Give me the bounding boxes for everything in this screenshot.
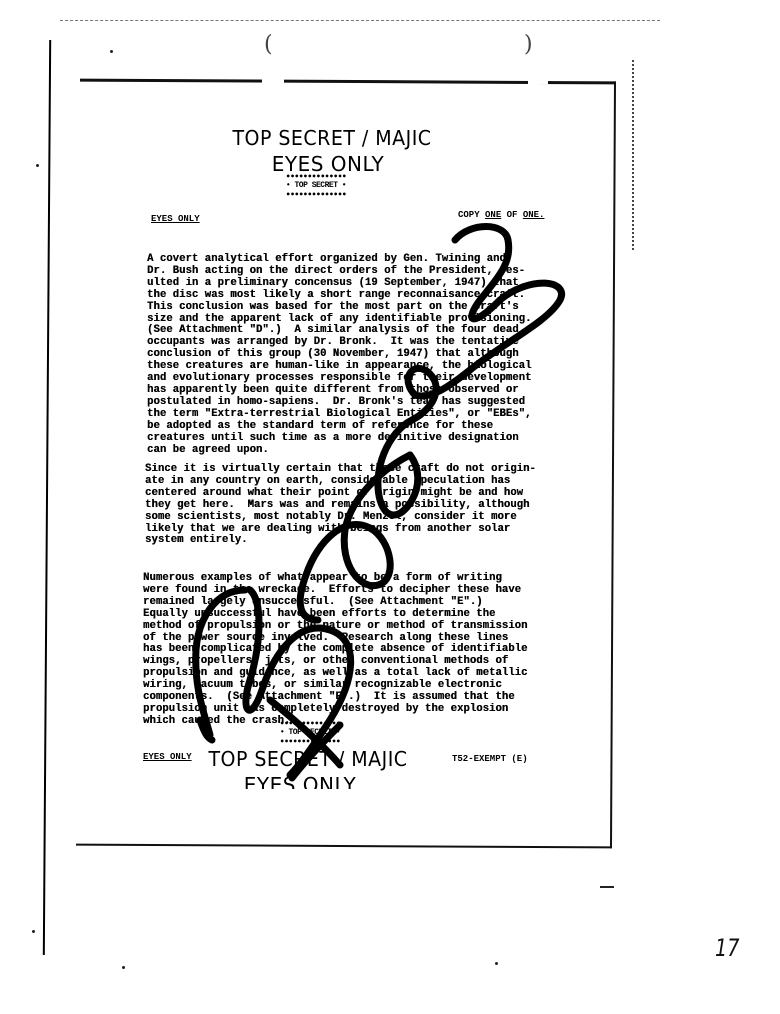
scan-dash	[600, 886, 614, 888]
scan-mark: (	[264, 32, 273, 57]
scan-speck	[32, 930, 35, 933]
paragraph-1: A covert analytical effort organized by …	[147, 254, 531, 456]
copy-total: ONE.	[523, 210, 545, 220]
dot-row: ••••••••••••••	[0, 720, 700, 728]
dot-row: ••••••••••••••	[0, 738, 700, 746]
scan-speck	[36, 164, 39, 167]
classification-footer: TOP SECRET / MAJIC	[0, 747, 679, 771]
exempt-code: T52-EXEMPT (E)	[452, 754, 528, 764]
dot-row: ••••••••••••••	[0, 191, 706, 199]
copy-number: COPY ONE OF ONE.	[458, 210, 544, 220]
classification-header: TOP SECRET / MAJIC	[0, 126, 703, 150]
dot-row: ••••••••••••••	[0, 173, 706, 181]
copy-prefix: COPY	[458, 210, 480, 220]
paragraph-3: Numerous examples of what appear to be a…	[143, 573, 527, 728]
copy-one: ONE	[485, 210, 501, 220]
scan-mark: )	[524, 32, 533, 57]
paragraph-2: Since it is virtually certain that these…	[145, 464, 536, 547]
copy-of: OF	[507, 210, 518, 220]
page-number: 17	[715, 934, 739, 962]
border-gap	[528, 74, 548, 84]
eyes-only-footer: EYES ONLY	[0, 773, 690, 789]
inner-top-secret-stamp: • TOP SECRET •	[0, 182, 706, 190]
border-gap	[262, 74, 284, 84]
eyes-only-label: EYES ONLY	[151, 214, 200, 224]
inner-top-secret-stamp: • TOP SECRET •	[0, 729, 700, 737]
scan-speck	[495, 962, 498, 965]
scan-top-edge	[60, 20, 660, 21]
scan-speck	[122, 966, 125, 969]
scan-speck	[110, 50, 113, 53]
